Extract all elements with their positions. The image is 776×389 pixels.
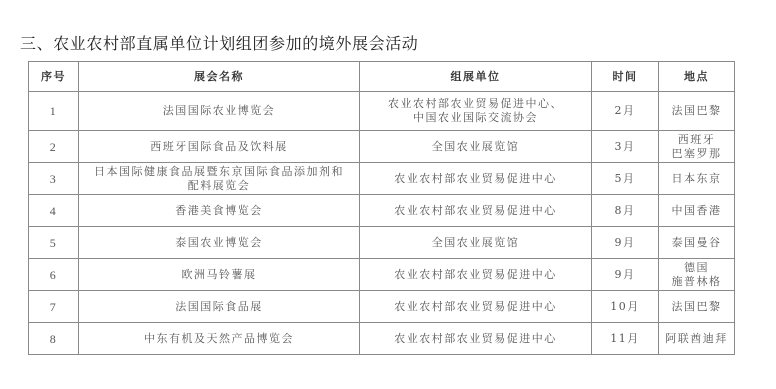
cell-time: 5月 bbox=[592, 163, 659, 195]
cell-place: 西班牙 巴塞罗那 bbox=[659, 131, 735, 163]
header-name: 展会名称 bbox=[79, 62, 360, 92]
cell-no: 4 bbox=[29, 195, 79, 227]
cell-organizer: 农业农村部农业贸易促进中心 bbox=[360, 259, 592, 291]
cell-no: 3 bbox=[29, 163, 79, 195]
cell-time: 9月 bbox=[592, 259, 659, 291]
cell-name: 香港美食博览会 bbox=[79, 195, 360, 227]
organizer-line: 中国农业国际交流协会 bbox=[364, 111, 587, 125]
overseas-exhibitions-table: 序号 展会名称 组展单位 时间 地点 1 法国国际农业博览会 农业农村部农业贸易… bbox=[28, 61, 735, 355]
table-row: 2 西班牙国际食品及饮料展 全国农业展览馆 3月 西班牙 巴塞罗那 bbox=[29, 131, 735, 163]
cell-no: 5 bbox=[29, 227, 79, 259]
cell-name: 欧洲马铃薯展 bbox=[79, 259, 360, 291]
cell-no: 8 bbox=[29, 323, 79, 355]
cell-place: 法国巴黎 bbox=[659, 291, 735, 323]
cell-no: 1 bbox=[29, 92, 79, 131]
name-line: 日本国际健康食品展暨东京国际食品添加剂和 bbox=[83, 165, 355, 179]
cell-name: 泰国农业博览会 bbox=[79, 227, 360, 259]
table-row: 1 法国国际农业博览会 农业农村部农业贸易促进中心、 中国农业国际交流协会 2月… bbox=[29, 92, 735, 131]
cell-time: 2月 bbox=[592, 92, 659, 131]
cell-name: 中东有机及天然产品博览会 bbox=[79, 323, 360, 355]
table-header-row: 序号 展会名称 组展单位 时间 地点 bbox=[29, 62, 735, 92]
place-line: 巴塞罗那 bbox=[663, 147, 730, 161]
header-organizer: 组展单位 bbox=[360, 62, 592, 92]
cell-place: 泰国曼谷 bbox=[659, 227, 735, 259]
table-row: 5 泰国农业博览会 全国农业展览馆 9月 泰国曼谷 bbox=[29, 227, 735, 259]
cell-no: 7 bbox=[29, 291, 79, 323]
cell-name: 西班牙国际食品及饮料展 bbox=[79, 131, 360, 163]
cell-time: 8月 bbox=[592, 195, 659, 227]
place-line: 德国 bbox=[663, 261, 730, 275]
cell-organizer: 农业农村部农业贸易促进中心、 中国农业国际交流协会 bbox=[360, 92, 592, 131]
section-title: 三、农业农村部直属单位计划组团参加的境外展会活动 bbox=[20, 34, 418, 54]
place-line: 施普林格 bbox=[663, 275, 730, 289]
cell-name: 法国国际农业博览会 bbox=[79, 92, 360, 131]
cell-place: 德国 施普林格 bbox=[659, 259, 735, 291]
cell-organizer: 全国农业展览馆 bbox=[360, 227, 592, 259]
header-no: 序号 bbox=[29, 62, 79, 92]
cell-organizer: 农业农村部农业贸易促进中心 bbox=[360, 195, 592, 227]
cell-place: 日本东京 bbox=[659, 163, 735, 195]
cell-name: 法国国际食品展 bbox=[79, 291, 360, 323]
cell-time: 9月 bbox=[592, 227, 659, 259]
cell-organizer: 农业农村部农业贸易促进中心 bbox=[360, 323, 592, 355]
cell-time: 10月 bbox=[592, 291, 659, 323]
cell-time: 11月 bbox=[592, 323, 659, 355]
cell-name: 日本国际健康食品展暨东京国际食品添加剂和 配料展览会 bbox=[79, 163, 360, 195]
cell-organizer: 农业农村部农业贸易促进中心 bbox=[360, 163, 592, 195]
name-line: 配料展览会 bbox=[83, 179, 355, 193]
table-row: 7 法国国际食品展 农业农村部农业贸易促进中心 10月 法国巴黎 bbox=[29, 291, 735, 323]
header-place: 地点 bbox=[659, 62, 735, 92]
cell-place: 阿联酋迪拜 bbox=[659, 323, 735, 355]
cell-no: 2 bbox=[29, 131, 79, 163]
place-line: 西班牙 bbox=[663, 133, 730, 147]
header-time: 时间 bbox=[592, 62, 659, 92]
cell-no: 6 bbox=[29, 259, 79, 291]
cell-organizer: 全国农业展览馆 bbox=[360, 131, 592, 163]
table-row: 4 香港美食博览会 农业农村部农业贸易促进中心 8月 中国香港 bbox=[29, 195, 735, 227]
cell-organizer: 农业农村部农业贸易促进中心 bbox=[360, 291, 592, 323]
cell-time: 3月 bbox=[592, 131, 659, 163]
table-row: 8 中东有机及天然产品博览会 农业农村部农业贸易促进中心 11月 阿联酋迪拜 bbox=[29, 323, 735, 355]
cell-place: 中国香港 bbox=[659, 195, 735, 227]
cell-place: 法国巴黎 bbox=[659, 92, 735, 131]
table-row: 6 欧洲马铃薯展 农业农村部农业贸易促进中心 9月 德国 施普林格 bbox=[29, 259, 735, 291]
table-row: 3 日本国际健康食品展暨东京国际食品添加剂和 配料展览会 农业农村部农业贸易促进… bbox=[29, 163, 735, 195]
organizer-line: 农业农村部农业贸易促进中心、 bbox=[364, 97, 587, 111]
